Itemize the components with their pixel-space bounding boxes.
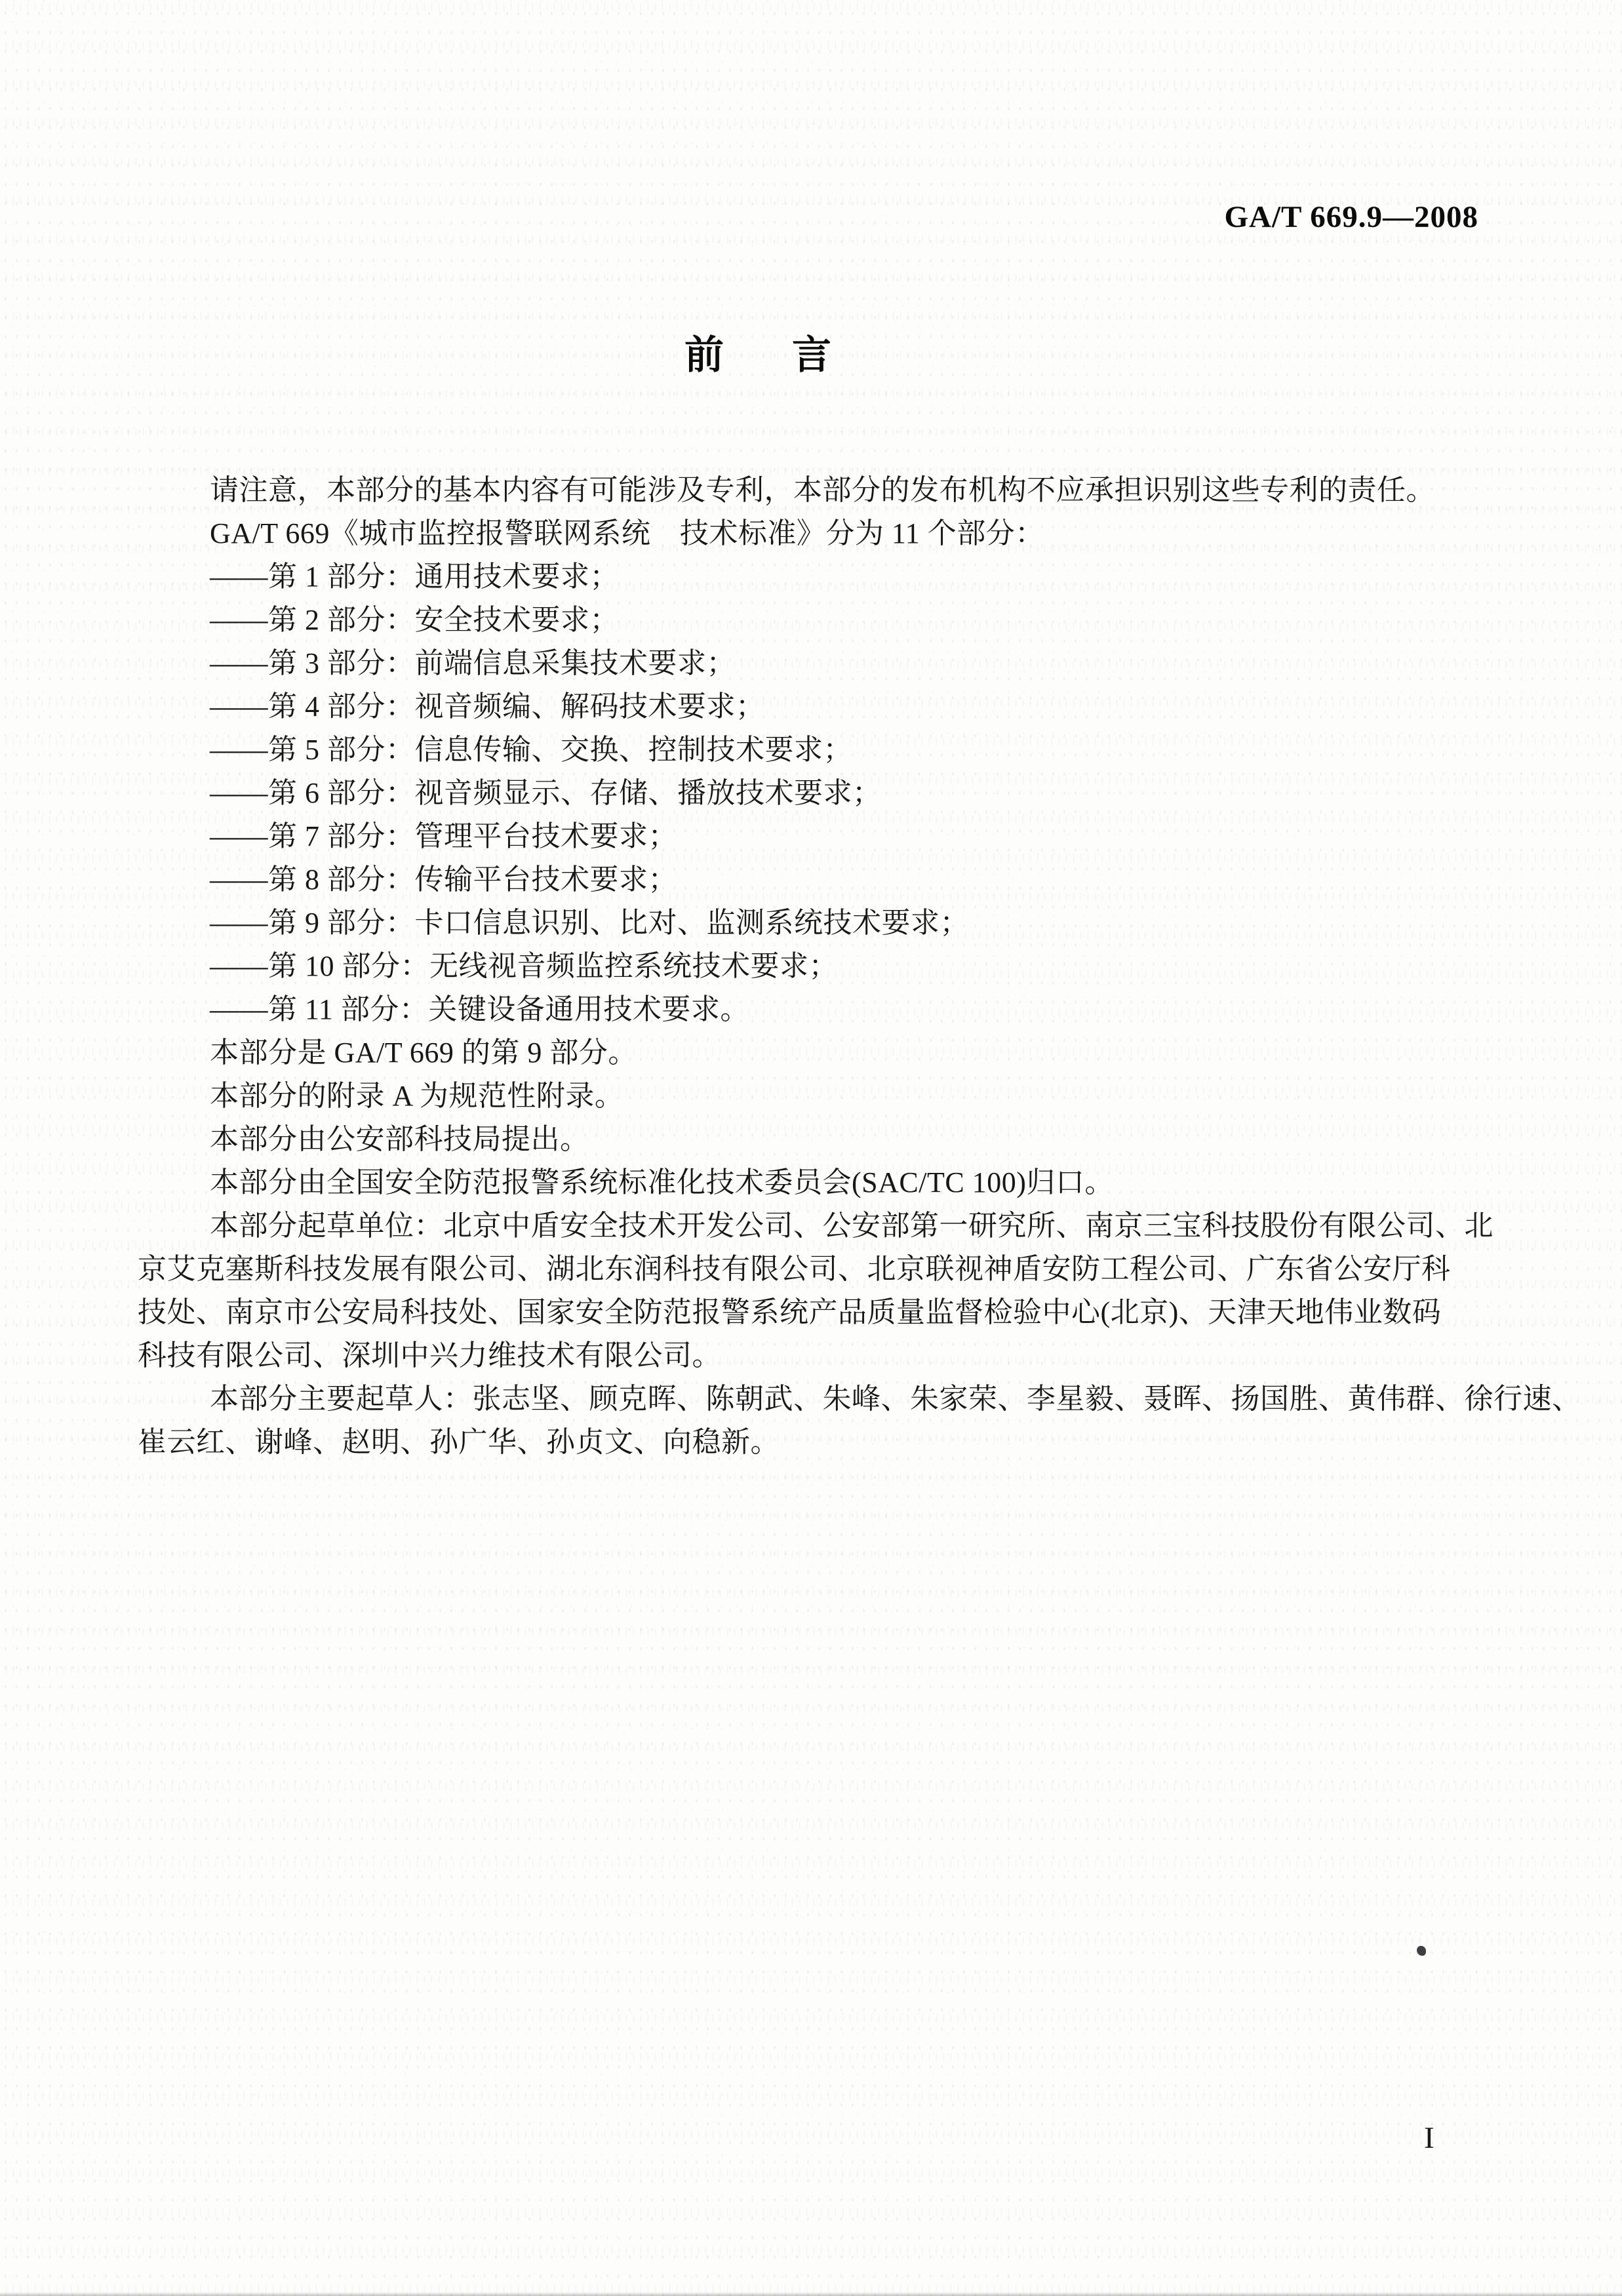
page-number: I (1424, 2120, 1434, 2156)
foreword-line: 本部分主要起草人：张志坚、顾克晖、陈朝武、朱峰、朱家荣、李星毅、聂晖、扬国胜、黄… (138, 1377, 1495, 1421)
foreword-line: ——第 4 部分：视音频编、解码技术要求； (138, 685, 1495, 728)
foreword-line: ——第 3 部分：前端信息采集技术要求； (138, 642, 1495, 685)
foreword-line: ——第 5 部分：信息传输、交换、控制技术要求； (138, 728, 1495, 772)
foreword-line: 技处、南京市公安局科技处、国家安全防范报警系统产品质量监督检验中心(北京)、天津… (138, 1291, 1495, 1334)
foreword-line: ——第 1 部分：通用技术要求； (138, 555, 1495, 599)
foreword-line: 京艾克塞斯科技发展有限公司、湖北东润科技有限公司、北京联视神盾安防工程公司、广东… (138, 1248, 1495, 1291)
scan-artifact-speck (1417, 1946, 1426, 1956)
foreword-line: 科技有限公司、深圳中兴力维技术有限公司。 (138, 1334, 1495, 1377)
foreword-line: ——第 11 部分：关键设备通用技术要求。 (138, 988, 1495, 1031)
foreword-title: 前 言 (0, 336, 1516, 375)
foreword-line: 崔云红、谢峰、赵明、孙广华、孙贞文、向稳新。 (138, 1421, 1495, 1464)
foreword-line: ——第 9 部分：卡口信息识别、比对、监测系统技术要求； (138, 901, 1495, 945)
foreword-line: GA/T 669《城市监控报警联网系统 技术标准》分为 11 个部分： (138, 512, 1495, 555)
foreword-line: ——第 7 部分：管理平台技术要求； (138, 815, 1495, 858)
foreword-line: 本部分是 GA/T 669 的第 9 部分。 (138, 1031, 1495, 1075)
scanned-document-page: GA/T 669.9—2008 前 言 请注意，本部分的基本内容有可能涉及专利，… (0, 0, 1622, 2296)
foreword-title-char-2: 言 (792, 336, 831, 375)
foreword-line: 本部分由公安部科技局提出。 (138, 1118, 1495, 1161)
foreword-line: 本部分的附录 A 为规范性附录。 (138, 1075, 1495, 1118)
foreword-body: 请注意，本部分的基本内容有可能涉及专利，本部分的发布机构不应承担识别这些专利的责… (138, 469, 1495, 1464)
foreword-line: 本部分由全国安全防范报警系统标准化技术委员会(SAC/TC 100)归口。 (138, 1161, 1495, 1204)
foreword-line: 请注意，本部分的基本内容有可能涉及专利，本部分的发布机构不应承担识别这些专利的责… (138, 469, 1495, 512)
foreword-line: ——第 8 部分：传输平台技术要求； (138, 858, 1495, 901)
standard-number: GA/T 669.9—2008 (0, 199, 1478, 235)
scan-bottom-edge (0, 2292, 1622, 2296)
foreword-title-char-1: 前 (684, 336, 724, 375)
foreword-line: ——第 6 部分：视音频显示、存储、播放技术要求； (138, 772, 1495, 815)
foreword-line: 本部分起草单位：北京中盾安全技术开发公司、公安部第一研究所、南京三宝科技股份有限… (138, 1204, 1495, 1248)
foreword-line: ——第 10 部分：无线视音频监控系统技术要求； (138, 945, 1495, 988)
foreword-line: ——第 2 部分：安全技术要求； (138, 599, 1495, 642)
